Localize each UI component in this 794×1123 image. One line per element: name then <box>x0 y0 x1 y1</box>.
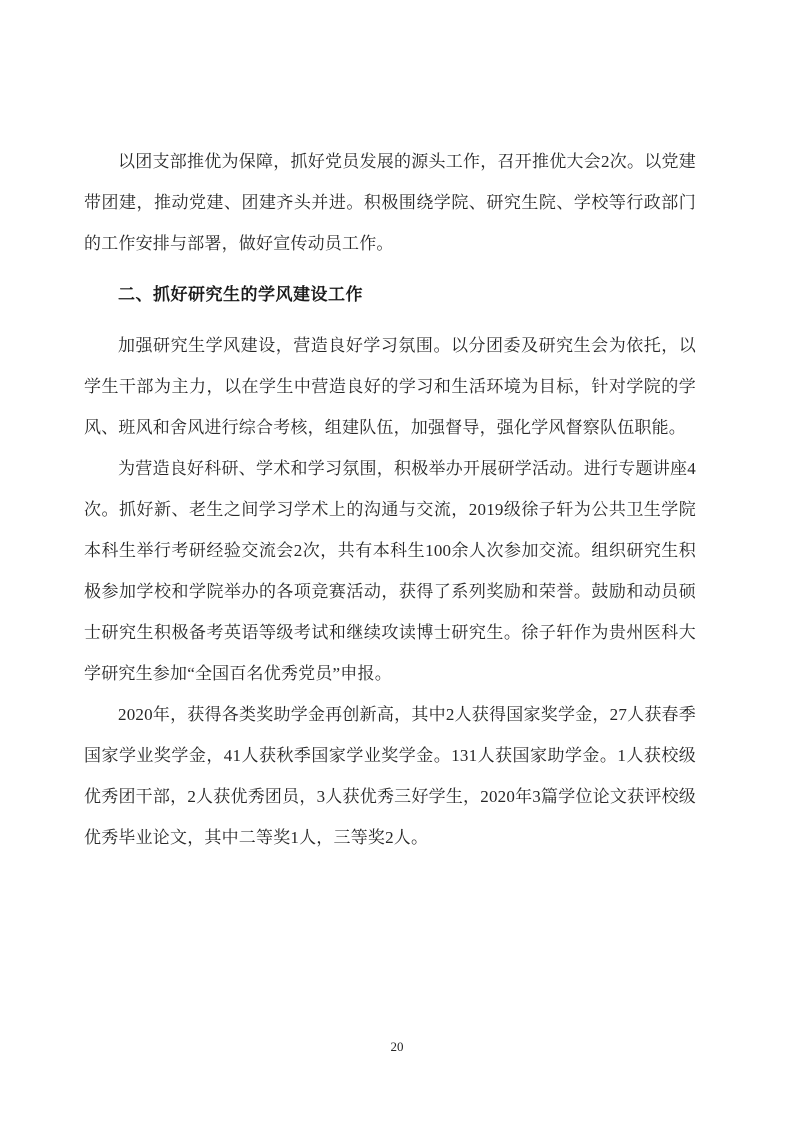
paragraph-study-style: 加强研究生学风建设，营造良好学习氛围。以分团委及研究生会为依托，以学生干部为主力… <box>84 325 696 448</box>
paragraph-scholarships: 2020年，获得各类奖助学金再创新高，其中2人获得国家奖学金，27人获春季国家学… <box>84 694 696 858</box>
page-content: 以团支部推优为保障，抓好党员发展的源头工作，召开推优大会2次。以党建带团建，推动… <box>84 141 696 858</box>
page-number: 20 <box>391 1039 404 1054</box>
document-page: 以团支部推优为保障，抓好党员发展的源头工作，召开推优大会2次。以党建带团建，推动… <box>0 0 794 1123</box>
paragraph-party-development: 以团支部推优为保障，抓好党员发展的源头工作，召开推优大会2次。以党建带团建，推动… <box>84 141 696 264</box>
paragraph-academic-activities: 为营造良好科研、学术和学习氛围，积极举办开展研学活动。进行专题讲座4次。抓好新、… <box>84 448 696 694</box>
page-footer: 20 <box>0 1038 794 1056</box>
section-heading-study-style: 二、抓好研究生的学风建设工作 <box>84 274 696 315</box>
